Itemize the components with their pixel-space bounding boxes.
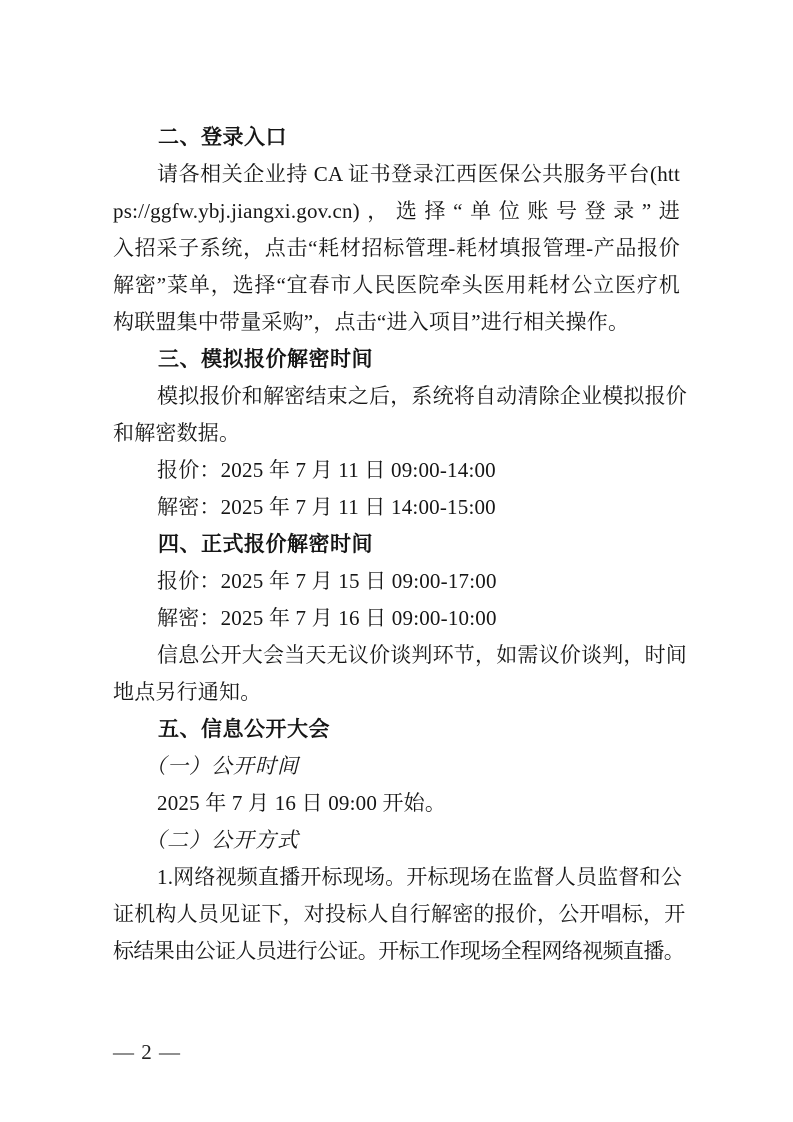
paragraph-login-instructions-line: 入招采子系统，点击“耗材招标管理-耗材填报管理-产品报价: [113, 230, 680, 267]
subheading-disclosure-method: （二）公开方式: [113, 822, 680, 859]
formal-quote-time-line: 报价：2025 年 7 月 15 日 09:00-17:00: [113, 563, 680, 600]
page-number: — 2 —: [113, 1034, 181, 1071]
document-page: 二、登录入口 请各相关企业持 CA 证书登录江西医保公共服务平台(htt ps:…: [0, 0, 793, 1122]
paragraph-login-instructions-line: 解密”菜单，选择“宜春市人民医院牵头医用耗材公立医疗机: [113, 267, 680, 304]
section-heading-info-disclosure-meeting: 五、信息公开大会: [113, 711, 680, 748]
paragraph-video-broadcast-line: 标结果由公证人员进行公证。开标工作现场全程网络视频直播。: [113, 933, 680, 970]
mock-quote-time-line: 报价：2025 年 7 月 11 日 09:00-14:00: [113, 452, 680, 489]
disclosure-start-time-line: 2025 年 7 月 16 日 09:00 开始。: [113, 785, 680, 822]
subheading-disclosure-time: （一）公开时间: [113, 748, 680, 785]
paragraph-video-broadcast-line: 1.网络视频直播开标现场。开标现场在监督人员监督和公: [113, 859, 680, 896]
section-heading-login-entry: 二、登录入口: [113, 119, 680, 156]
paragraph-mock-clear-line: 模拟报价和解密结束之后，系统将自动清除企业模拟报价: [113, 378, 680, 415]
document-body: 二、登录入口 请各相关企业持 CA 证书登录江西医保公共服务平台(htt ps:…: [113, 119, 680, 970]
paragraph-mock-clear-line: 和解密数据。: [113, 415, 680, 452]
section-heading-formal-decrypt-time: 四、正式报价解密时间: [113, 526, 680, 563]
section-heading-mock-decrypt-time: 三、模拟报价解密时间: [113, 341, 680, 378]
paragraph-login-instructions-line: 请各相关企业持 CA 证书登录江西医保公共服务平台(htt: [113, 156, 680, 193]
formal-decrypt-time-line: 解密：2025 年 7 月 16 日 09:00-10:00: [113, 600, 680, 637]
paragraph-negotiation-notice-line: 信息公开大会当天无议价谈判环节，如需议价谈判，时间: [113, 637, 680, 674]
paragraph-video-broadcast-line: 证机构人员见证下，对投标人自行解密的报价，公开唱标，开: [113, 896, 680, 933]
mock-decrypt-time-line: 解密：2025 年 7 月 11 日 14:00-15:00: [113, 489, 680, 526]
paragraph-negotiation-notice-line: 地点另行通知。: [113, 674, 680, 711]
paragraph-login-instructions-line: 构联盟集中带量采购”，点击“进入项目”进行相关操作。: [113, 304, 680, 341]
paragraph-login-instructions-line: ps://ggfw.ybj.jiangxi.gov.cn)，选择“单位账号登录”…: [113, 193, 680, 230]
